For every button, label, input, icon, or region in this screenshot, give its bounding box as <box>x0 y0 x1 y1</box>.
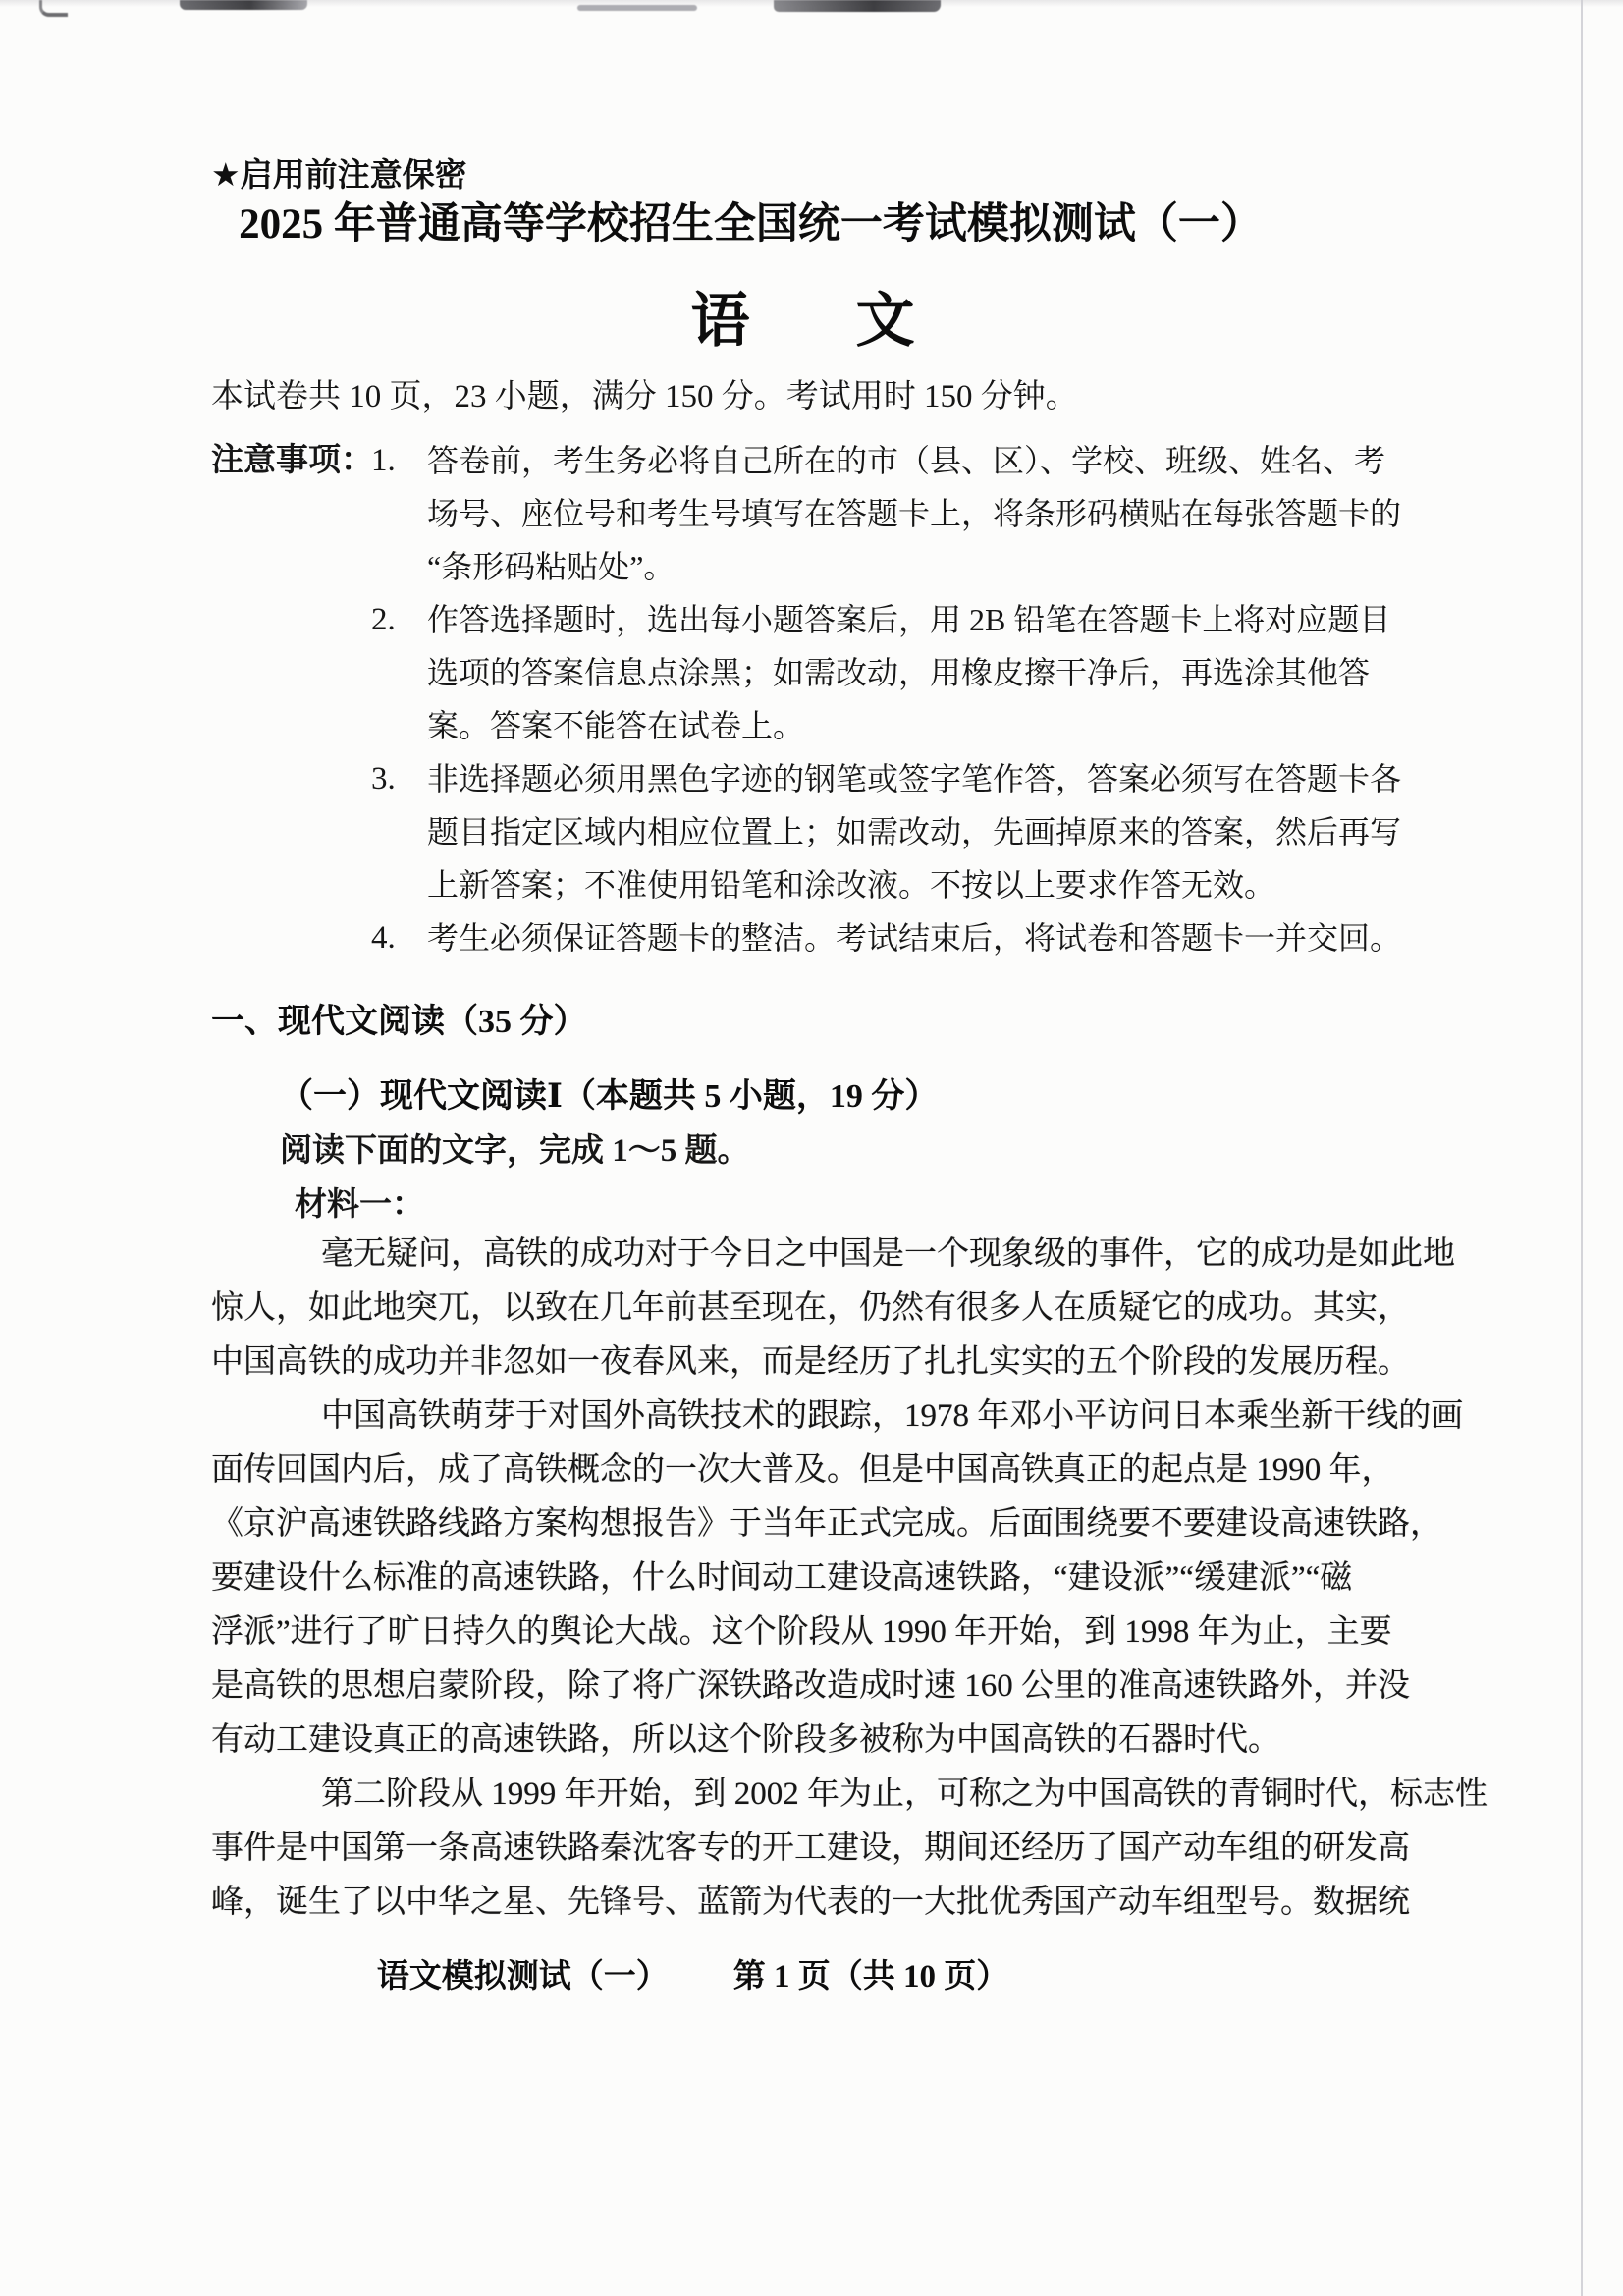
note-item: 4. 考生必须保证答题卡的整洁。考试结束后，将试卷和答题卡一并交回。 <box>371 911 1401 964</box>
text-line: 浮派”进行了旷日持久的舆论大战。这个阶段从 1990 年开始，到 1998 年为… <box>211 1606 1394 1660</box>
exam-paper-page: ★启用前注意保密 2025 年普通高等学校招生全国统一考试模拟测试（一） 语 文… <box>0 0 1623 2296</box>
paragraph: 中国高铁萌芽于对国外高铁技术的跟踪，1978 年邓小平访问日本乘坐新干线的画 面… <box>211 1390 1394 1768</box>
note-item: 1. 答卷前，考生务必将自己所在的市（县、区）、学校、班级、姓名、考 场号、座位… <box>371 434 1401 593</box>
section-heading: 一、现代文阅读（35 分） <box>211 1000 1394 1045</box>
text-line: 要建设什么标准的高速铁路，什么时间动工建设高速铁路，“建设派”“缓建派”“磁 <box>211 1552 1394 1606</box>
page-content: ★启用前注意保密 2025 年普通高等学校招生全国统一考试模拟测试（一） 语 文… <box>0 0 1394 1996</box>
text-line: 题目指定区域内相应位置上；如需改动，先画掉原来的答案，然后再写 <box>427 805 1401 858</box>
text-line: 《京沪高速铁路线路方案构想报告》于当年正式完成。后面围绕要不要建设高速铁路， <box>211 1498 1394 1552</box>
exam-title: 2025 年普通高等学校招生全国统一考试模拟测试（一） <box>159 198 1342 251</box>
text-line: “条形码粘贴处”。 <box>427 540 1401 593</box>
text-line: 中国高铁的成功并非忽如一夜春风来，而是经历了扎扎实实的五个阶段的发展历程。 <box>211 1336 1394 1390</box>
text-line: 案。答案不能答在试卷上。 <box>427 699 1401 752</box>
notes-label: 注意事项： <box>211 434 371 964</box>
note-number: 3. <box>371 752 427 911</box>
notes-items: 1. 答卷前，考生务必将自己所在的市（县、区）、学校、班级、姓名、考 场号、座位… <box>371 434 1401 964</box>
scan-artifact <box>180 0 307 10</box>
footer-page-indicator: 第 1 页（共 10 页） <box>733 1959 1009 1995</box>
note-number: 4. <box>371 911 427 964</box>
text-line: 第二阶段从 1999 年开始，到 2002 年为止，可称之为中国高铁的青铜时代，… <box>211 1768 1394 1822</box>
scan-edge-line <box>1581 0 1583 2296</box>
text-line: 答卷前，考生务必将自己所在的市（县、区）、学校、班级、姓名、考 <box>427 434 1401 487</box>
notes-section: 注意事项： 1. 答卷前，考生务必将自己所在的市（县、区）、学校、班级、姓名、考… <box>211 434 1394 964</box>
page-footer: 语文模拟测试（一）第 1 页（共 10 页） <box>101 1957 1284 1996</box>
note-number: 1. <box>371 434 427 593</box>
text-line: 惊人，如此地突兀，以致在几年前甚至现在，仍然有很多人在质疑它的成功。其实， <box>211 1282 1394 1336</box>
subsection-heading: （一）现代文阅读Ⅰ（本题共 5 小题，19 分） <box>211 1074 1394 1120</box>
paper-info: 本试卷共 10 页，23 小题，满分 150 分。考试用时 150 分钟。 <box>211 377 1394 416</box>
note-item: 3. 非选择题必须用黑色字迹的钢笔或签字笔作答，答案必须写在答题卡各 题目指定区… <box>371 752 1401 911</box>
reading-instruction: 阅读下面的文字，完成 1～5 题。 <box>211 1128 1394 1174</box>
note-number: 2. <box>371 593 427 752</box>
text-line: 非选择题必须用黑色字迹的钢笔或签字笔作答，答案必须写在答题卡各 <box>427 752 1401 805</box>
text-line: 场号、座位号和考生号填写在答题卡上，将条形码横贴在每张答题卡的 <box>427 487 1401 540</box>
scan-artifact <box>577 5 697 11</box>
text-line: 面传回国内后，成了高铁概念的一次大普及。但是中国高铁真正的起点是 1990 年， <box>211 1444 1394 1498</box>
text-line: 选项的答案信息点涂黑；如需改动，用橡皮擦干净后，再选涂其他答 <box>427 646 1401 699</box>
text-line: 作答选择题时，选出每小题答案后，用 2B 铅笔在答题卡上将对应题目 <box>427 593 1401 646</box>
text-line: 中国高铁萌芽于对国外高铁技术的跟踪，1978 年邓小平访问日本乘坐新干线的画 <box>211 1390 1394 1444</box>
text-line: 毫无疑问，高铁的成功对于今日之中国是一个现象级的事件，它的成功是如此地 <box>211 1228 1394 1282</box>
text-line: 考生必须保证答题卡的整洁。考试结束后，将试卷和答题卡一并交回。 <box>427 911 1401 964</box>
footer-doc-title: 语文模拟测试（一） <box>377 1959 669 1995</box>
paragraph: 第二阶段从 1999 年开始，到 2002 年为止，可称之为中国高铁的青铜时代，… <box>211 1768 1394 1930</box>
text-line: 上新答案；不准使用铅笔和涂改液。不按以上要求作答无效。 <box>427 858 1401 911</box>
text-line: 是高铁的思想启蒙阶段，除了将广深铁路改造成时速 160 公里的准高速铁路外，并没 <box>211 1660 1394 1714</box>
note-item: 2. 作答选择题时，选出每小题答案后，用 2B 铅笔在答题卡上将对应题目 选项的… <box>371 593 1401 752</box>
material-label: 材料一： <box>211 1182 1394 1228</box>
scan-artifact <box>39 0 68 17</box>
subject-title: 语 文 <box>211 287 1394 355</box>
paragraph: 毫无疑问，高铁的成功对于今日之中国是一个现象级的事件，它的成功是如此地 惊人，如… <box>211 1228 1394 1390</box>
text-line: 事件是中国第一条高速铁路秦沈客专的开工建设，期间还经历了国产动车组的研发高 <box>211 1822 1394 1876</box>
scan-artifact <box>774 0 941 12</box>
security-notice: ★启用前注意保密 <box>211 0 1394 192</box>
text-line: 峰，诞生了以中华之星、先锋号、蓝箭为代表的一大批优秀国产动车组型号。数据统 <box>211 1876 1394 1930</box>
text-line: 有动工建设真正的高速铁路，所以这个阶段多被称为中国高铁的石器时代。 <box>211 1714 1394 1768</box>
